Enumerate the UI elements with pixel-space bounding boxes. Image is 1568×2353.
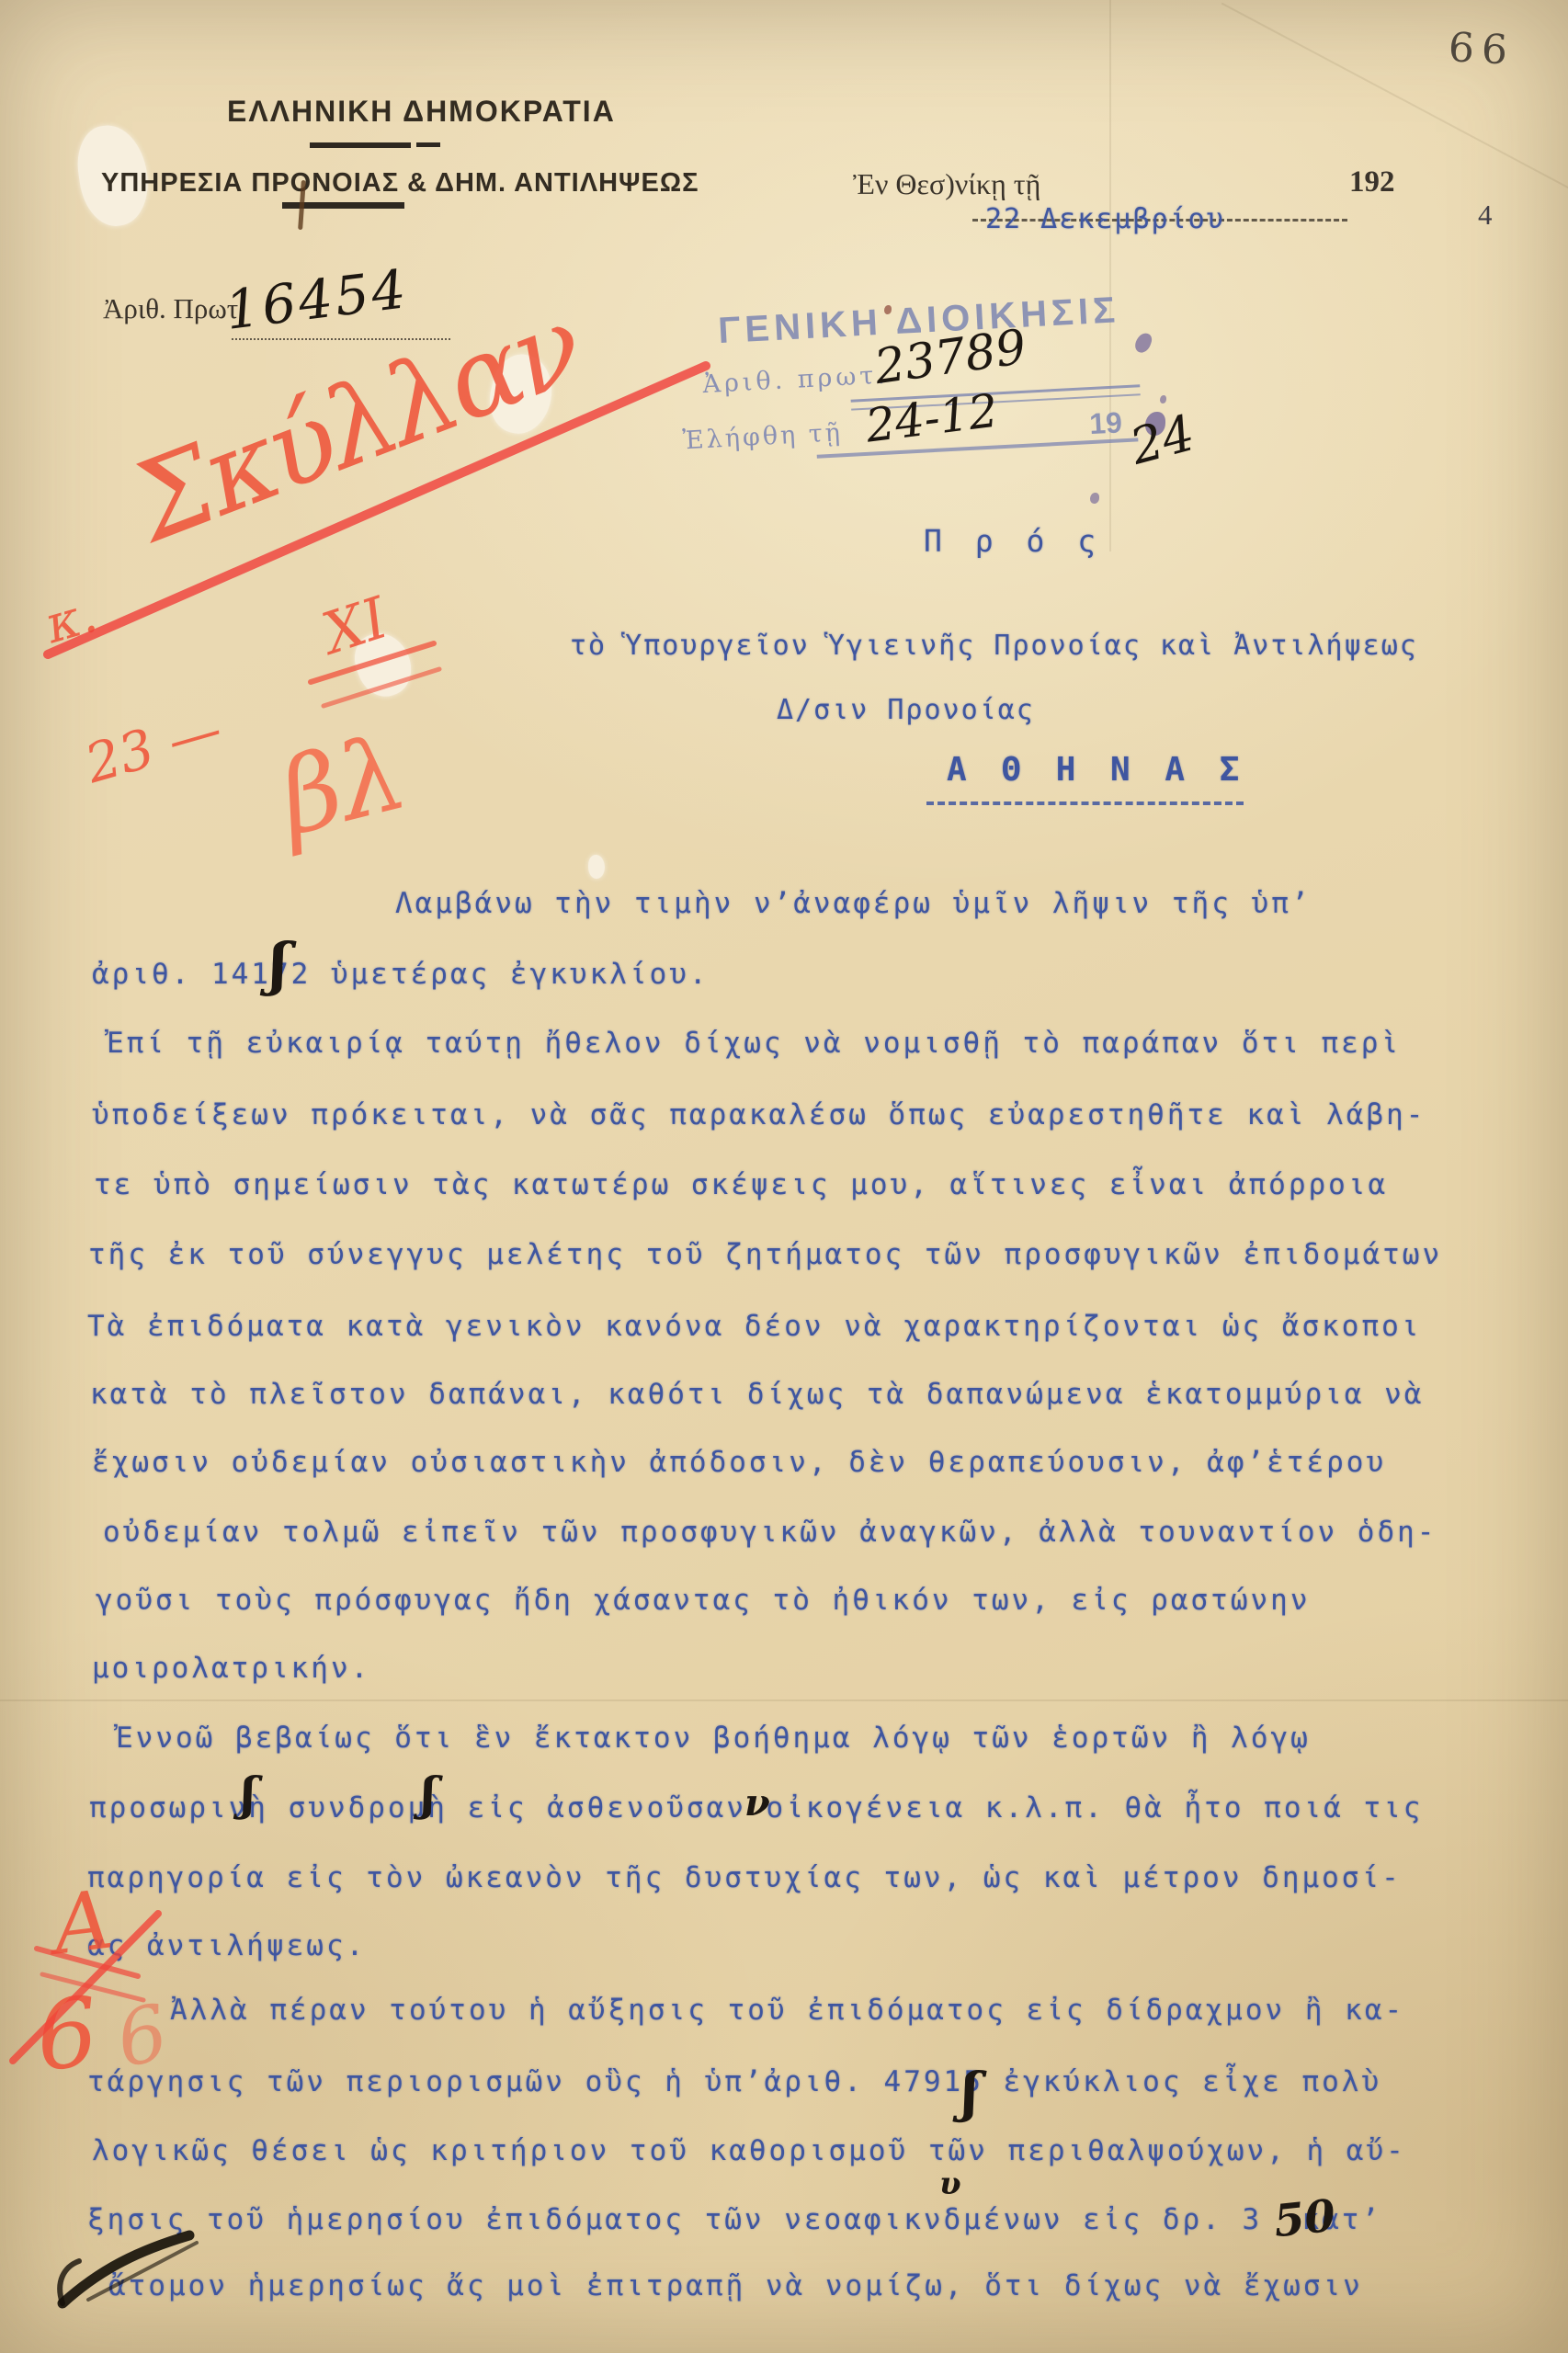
ink-nu-correction: ν (744, 1781, 770, 1824)
ink-lastline-stroke (62, 2235, 189, 2303)
ink-amount-correction: 50 (1271, 2190, 1337, 2248)
ink-insert-mark: ʃ (961, 2061, 979, 2123)
document-page: 66 ΕΛΛΗΝΙΚΗ ΔΗΜΟΚΡΑΤΙΑ ΥΠΗΡΕΣΙΑ ΠΡΟΝΟΙΑΣ… (0, 0, 1568, 2353)
ink-upsilon-correction: υ (939, 2165, 961, 2202)
red-diagonal-line (48, 366, 706, 654)
annotation-strokes (0, 0, 1568, 2353)
ink-eta-correction: ʃ (241, 1767, 256, 1821)
ink-eta-correction: ʃ (421, 1767, 437, 1821)
ink-insert-mark: ʃ (269, 930, 289, 997)
